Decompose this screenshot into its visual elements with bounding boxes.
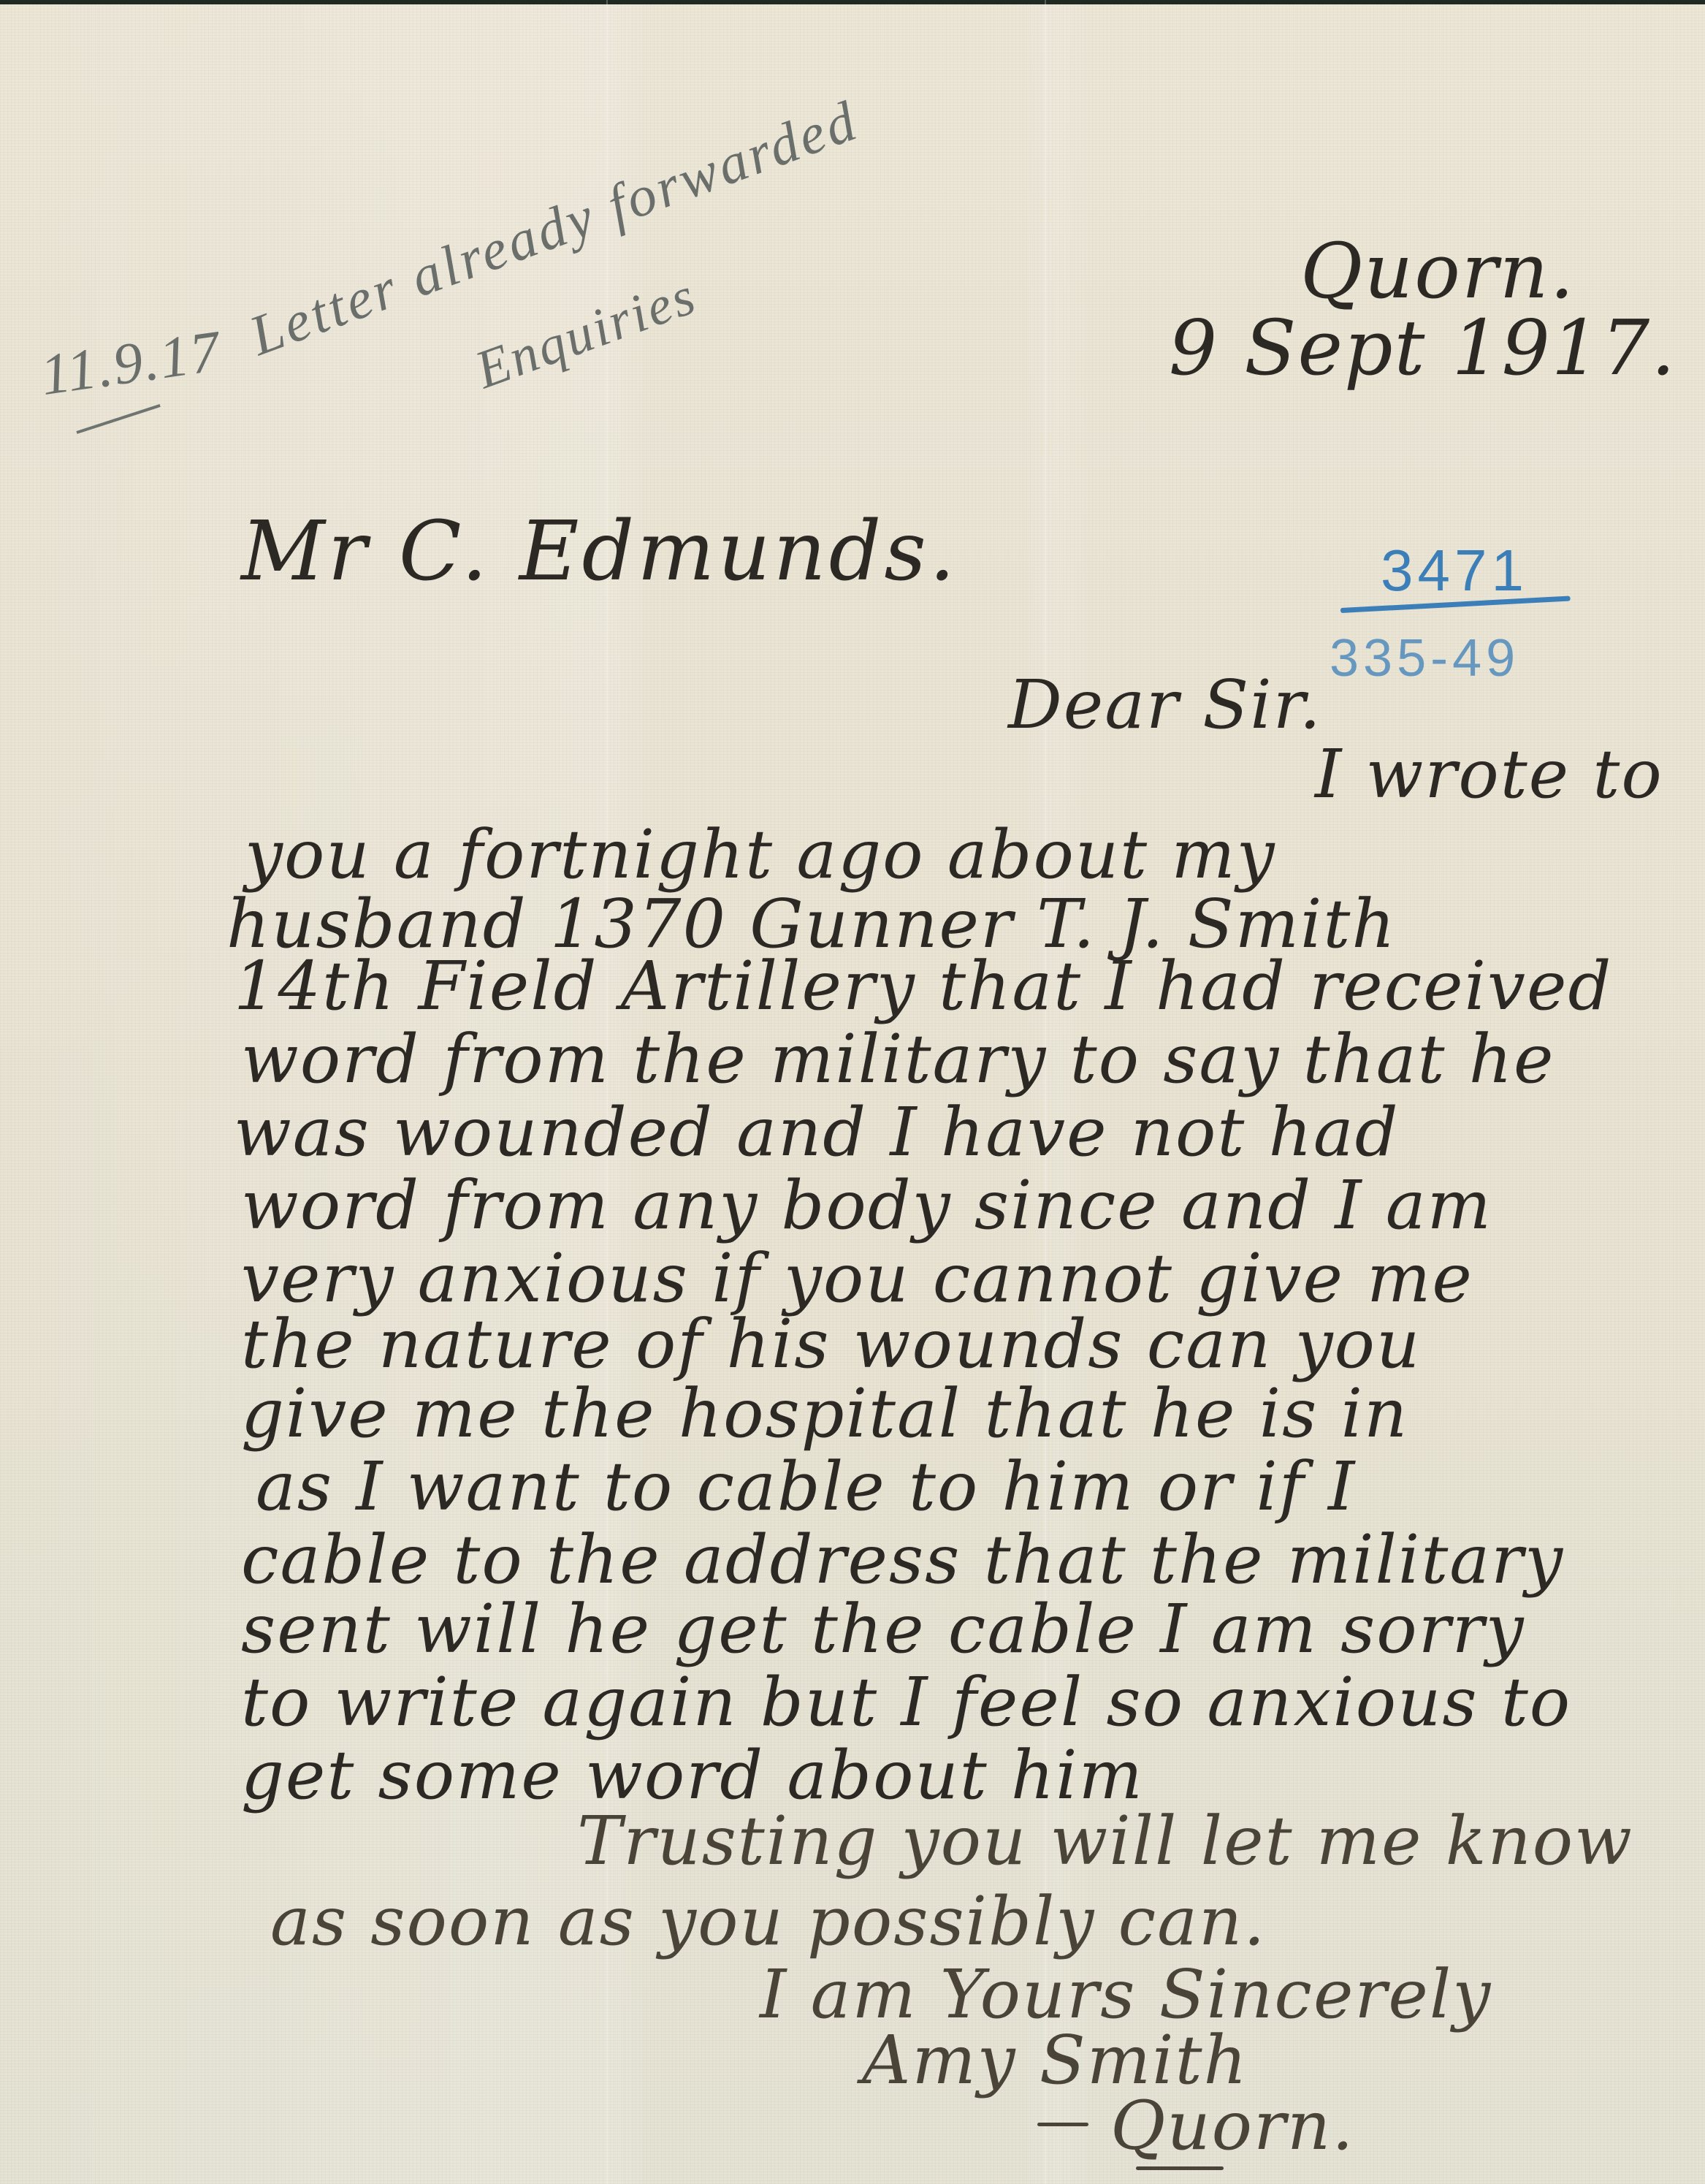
body-line: word from the military to say that he <box>241 1023 1555 1096</box>
body-line: you a fortnight ago about my <box>245 818 1276 891</box>
letter-page: 11.9.17 Letter already forwarded Enquiri… <box>0 0 1705 2184</box>
body-line: the nature of his wounds can you <box>241 1308 1421 1381</box>
received-date-underline <box>76 404 160 434</box>
body-line: was wounded and I have not had <box>234 1096 1400 1169</box>
signature: Amy Smith <box>862 2024 1248 2097</box>
addressee: Mr C. Edmunds. <box>241 504 958 599</box>
letter-date: 9 Sept 1917. <box>1169 303 1677 392</box>
body-line: get some word about him <box>241 1739 1144 1812</box>
pencil-note-enquiries: Enquiries <box>468 265 705 402</box>
signature-place-underline <box>1136 2166 1224 2170</box>
body-line: as I want to cable to him or if I <box>256 1450 1356 1523</box>
body-line: I wrote to <box>1315 738 1663 811</box>
body-line: sent will he get the cable I am sorry <box>241 1593 1525 1666</box>
signature-place-dash <box>1037 2123 1088 2126</box>
body-line: very anxious if you cannot give me <box>241 1242 1473 1315</box>
body-line: cable to the address that the military <box>241 1523 1564 1597</box>
body-line: word from any body since and I am <box>241 1169 1492 1242</box>
body-line: 14th Field Artillery that I had received <box>234 950 1612 1023</box>
body-line: give me the hospital that he is in <box>241 1377 1408 1450</box>
signature-place: Quorn. <box>1110 2090 1355 2163</box>
body-line: to write again but I feel so anxious to <box>241 1666 1571 1739</box>
reference-number-top: 3471 <box>1381 537 1528 604</box>
letter-place: Quorn. <box>1300 227 1576 316</box>
received-date-annotation: 11.9.17 <box>37 318 225 409</box>
salutation: Dear Sir. <box>1008 669 1322 742</box>
closing-line: as soon as you possibly can. <box>270 1885 1267 1958</box>
valediction: I am Yours Sincerely <box>760 1958 1492 2031</box>
scan-top-edge <box>0 0 1705 4</box>
reference-number-bottom: 335-49 <box>1330 628 1519 688</box>
closing-line: Trusting you will let me know <box>577 1805 1633 1878</box>
